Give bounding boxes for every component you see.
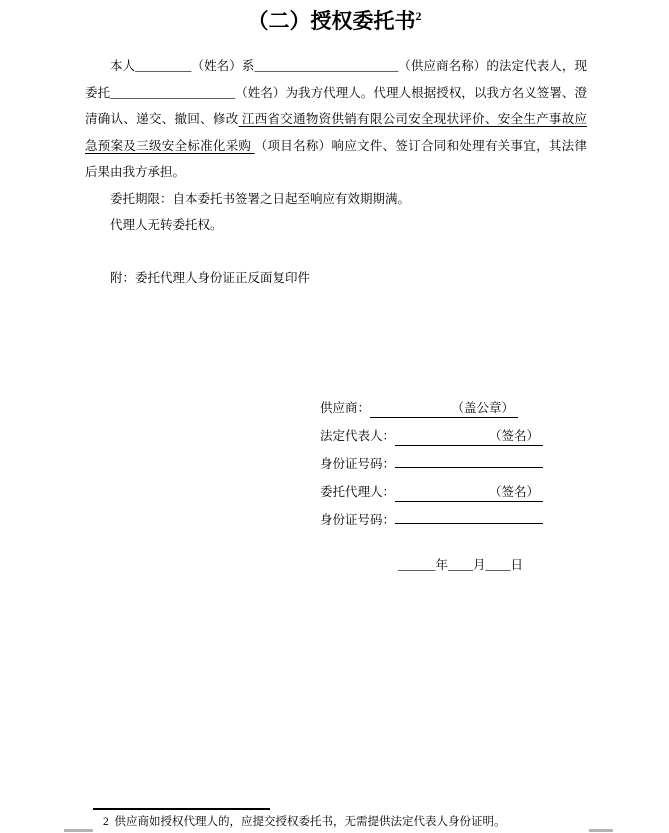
label-id-number-2: 身份证号码： [320,513,395,527]
page-edge-artifact-left [64,829,93,832]
signature-row-supplier: 供应商：（盖公章） [320,394,543,422]
label-id-number-1: 身份证号码： [320,457,395,471]
label-legal-representative: 法定代表人： [320,429,395,443]
paragraph-attachment: 附：委托代理人身份证正反面复印件 [85,265,587,292]
blank-principal-name: _________ [135,59,191,73]
footnote-separator-line [93,808,270,810]
document-title-text: （二）授权委托书 [248,9,416,33]
text-name-label-1: （姓名）系 [191,59,254,73]
paragraph-term: 委托期限：自本委托书签署之日起至响应有效期期满。 [85,186,587,213]
signature-line-authorized-agent: （签名） [395,484,543,502]
page-edge-artifact-right [589,829,613,832]
title-footnote-marker: 2 [416,9,422,23]
signature-line-supplier: （盖公章） [370,400,518,418]
signature-row-id-number-2: 身份证号码： [320,506,543,534]
signature-line-id-number-2 [395,523,543,524]
blank-agent-name: ____________________ [110,86,235,100]
signature-row-id-number-1: 身份证号码： [320,450,543,478]
blank-supplier-name: _______________________ [254,59,398,73]
signature-line-id-number-1 [395,467,543,468]
document-title: （二）授权委托书2 [0,8,669,34]
text-principal: 本人 [110,59,135,73]
label-authorized-agent: 委托代理人： [320,485,395,499]
signature-row-authorized-agent: 委托代理人：（签名） [320,478,543,506]
signature-line-legal-representative: （签名） [395,428,543,446]
paragraph-no-subdelegation: 代理人无转委托权。 [85,212,587,239]
signature-block: 供应商：（盖公章） 法定代表人：（签名） 身份证号码： 委托代理人：（签名） 身… [320,394,543,534]
signature-row-legal-representative: 法定代表人：（签名） [320,422,543,450]
body-text-block: 本人_________（姓名）系_______________________（… [85,53,587,292]
paragraph-authorization: 本人_________（姓名）系_______________________（… [85,53,587,186]
footnote: 2 供应商如授权代理人的，应提交授权委托书，无需提供法定代表人身份证明。 [103,815,643,829]
document-page: （二）授权委托书2 本人_________（姓名）系______________… [0,0,669,833]
footnote-content: 供应商如授权代理人的，应提交授权委托书，无需提供法定代表人身份证明。 [115,816,506,828]
date-line: ______年____月____日 [398,555,523,576]
label-supplier: 供应商： [320,401,370,415]
